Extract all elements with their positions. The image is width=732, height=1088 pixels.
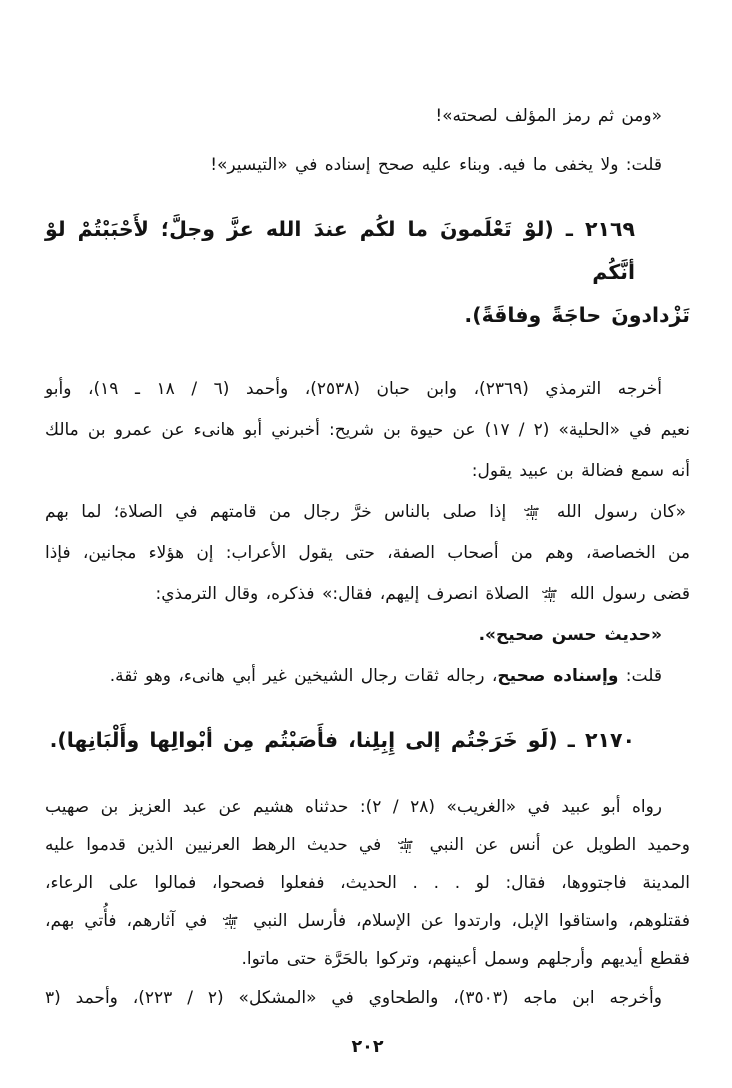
paragraph-qultu-isnad: قلت: وإسناده صحيح، رجاله ثقات رجال الشيخ…: [45, 656, 690, 697]
text-line: فقطع أيديهم وأرجلهم وسمل أعينهم، وتركوا …: [45, 940, 690, 978]
text-run: ٢١٧٠ ـ (لَو خَرَجْتُم إلى إِبِلِنا، فأَص…: [50, 728, 635, 752]
text-run: أخرجه الترمذي (٢٣٦٩)، وابن حبان (٢٥٣٨)، …: [45, 379, 662, 399]
hadith-2169-heading: ٢١٦٩ ـ (لوْ تَعْلَمونَ ما لكُم عندَ الله…: [45, 208, 690, 337]
hadith-2170-heading: ٢١٧٠ ـ (لَو خَرَجْتُم إلى إِبِلِنا، فأَص…: [45, 719, 690, 762]
text-line: وحميد الطويل عن أنس عن النبي صلى الله عل…: [45, 826, 690, 864]
text-run: في آثارهم، فأُتي بهم،: [45, 911, 217, 931]
text-run: رواه أبو عبيد في «الغريب» (٢٨ / ٢): حدثن…: [45, 797, 662, 817]
page-number: ٢٠٢: [351, 1037, 383, 1057]
text-line: قلت: ولا يخفى ما فيه. وبناء عليه صحح إسن…: [45, 145, 690, 186]
pbuh-ligature-icon: صلى الله عليه وسلم: [392, 838, 418, 853]
text-run: قلت: ولا يخفى ما فيه. وبناء عليه صحح إسن…: [210, 155, 662, 175]
text-run: وإسناده صحيح: [497, 666, 618, 686]
text-run: في حديث الرهط العرنيين الذين قدموا عليه: [45, 835, 392, 855]
text-run: ، رجاله ثقات رجال الشيخين غير أبي هانىء،…: [110, 666, 498, 686]
text-run: فقطع أيديهم وأرجلهم وسمل أعينهم، وتركوا …: [241, 949, 690, 969]
paragraph-narration-2169: «كان رسول الله صلى الله عليه وسلم إذا صل…: [45, 492, 690, 615]
text-run: وأخرجه ابن ماجه (٣٥٠٣)، والطحاوي في «الم…: [45, 988, 662, 1008]
pbuh-ligature-icon: صلى الله عليه وسلم: [537, 587, 563, 602]
text-run: ٢١٦٩ ـ (لوْ تَعْلَمونَ ما لكُم عندَ الله…: [45, 217, 635, 284]
book-page: «ومن ثم رمز المؤلف لصحته»! قلت: ولا يخفى…: [0, 0, 732, 1088]
text-run: نعيم في «الحلية» (٢ / ١٧) عن حيوة بن شري…: [45, 420, 690, 440]
paragraph-takhrij-2170-cont: وأخرجه ابن ماجه (٣٥٠٣)، والطحاوي في «الم…: [45, 978, 690, 1019]
text-run: قلت:: [618, 666, 662, 686]
paragraph-tirmidhi-grade: «حديث حسن صحيح».: [45, 615, 690, 656]
text-run: فقتلوهم، واستاقوا الإبل، وارتدوا عن الإس…: [243, 911, 690, 931]
text-run: إذا صلى بالناس خرَّ رجال من قامتهم في ال…: [45, 502, 519, 522]
text-line: ٢١٦٩ ـ (لوْ تَعْلَمونَ ما لكُم عندَ الله…: [45, 208, 690, 294]
text-run: «حديث حسن صحيح».: [479, 625, 662, 645]
scanned-book-page: { "page": { "page_number": "٢٠٢", "pbuh_…: [0, 0, 732, 1088]
text-run: الصلاة انصرف إليهم، فقال:» فذكره، وقال ا…: [155, 584, 536, 604]
text-line: «ومن ثم رمز المؤلف لصحته»!: [45, 96, 690, 137]
text-line: المدينة فاجتووها، فقال: لو . . . الحديث،…: [45, 864, 690, 902]
pbuh-ligature-icon: صلى الله عليه وسلم: [519, 505, 545, 520]
text-line: «حديث حسن صحيح».: [45, 615, 690, 656]
text-line: رواه أبو عبيد في «الغريب» (٢٨ / ٢): حدثن…: [45, 788, 690, 826]
paragraph-quote-closing: «ومن ثم رمز المؤلف لصحته»!: [45, 96, 690, 137]
paragraph-takhrij-2169: أخرجه الترمذي (٢٣٦٩)، وابن حبان (٢٥٣٨)، …: [45, 369, 690, 492]
text-line: قلت: وإسناده صحيح، رجاله ثقات رجال الشيخ…: [45, 656, 690, 697]
text-run: تَزْدادونَ حاجَةً وفاقَةً).: [464, 303, 690, 327]
text-run: من الخصاصة، وهم من أصحاب الصفة، حتى يقول…: [45, 543, 690, 563]
text-run: المدينة فاجتووها، فقال: لو . . . الحديث،…: [45, 873, 690, 893]
text-line: أخرجه الترمذي (٢٣٦٩)، وابن حبان (٢٥٣٨)، …: [45, 369, 690, 410]
text-line: «كان رسول الله صلى الله عليه وسلم إذا صل…: [45, 492, 690, 533]
text-line: قضى رسول الله صلى الله عليه وسلم الصلاة …: [45, 574, 690, 615]
text-run: أنه سمع فضالة بن عبيد يقول:: [472, 461, 690, 481]
text-line: فقتلوهم، واستاقوا الإبل، وارتدوا عن الإس…: [45, 902, 690, 940]
text-line: وأخرجه ابن ماجه (٣٥٠٣)، والطحاوي في «الم…: [45, 978, 690, 1019]
pbuh-ligature-icon: صلى الله عليه وسلم: [217, 914, 243, 929]
paragraph-takhrij-2170: رواه أبو عبيد في «الغريب» (٢٨ / ٢): حدثن…: [45, 788, 690, 978]
text-line: نعيم في «الحلية» (٢ / ١٧) عن حيوة بن شري…: [45, 410, 690, 451]
page-footer: ٢٠٢: [45, 1037, 690, 1057]
text-run: «كان رسول الله: [545, 502, 686, 522]
text-line: أنه سمع فضالة بن عبيد يقول:: [45, 451, 690, 492]
text-line: تَزْدادونَ حاجَةً وفاقَةً).: [45, 294, 690, 337]
text-run: وحميد الطويل عن أنس عن النبي: [418, 835, 690, 855]
text-line: ٢١٧٠ ـ (لَو خَرَجْتُم إلى إِبِلِنا، فأَص…: [45, 719, 690, 762]
text-run: «ومن ثم رمز المؤلف لصحته»!: [435, 106, 662, 126]
paragraph-qultu-tayseer: قلت: ولا يخفى ما فيه. وبناء عليه صحح إسن…: [45, 145, 690, 186]
text-line: من الخصاصة، وهم من أصحاب الصفة، حتى يقول…: [45, 533, 690, 574]
text-run: قضى رسول الله: [563, 584, 690, 604]
page-body-text: «ومن ثم رمز المؤلف لصحته»! قلت: ولا يخفى…: [45, 96, 690, 1019]
